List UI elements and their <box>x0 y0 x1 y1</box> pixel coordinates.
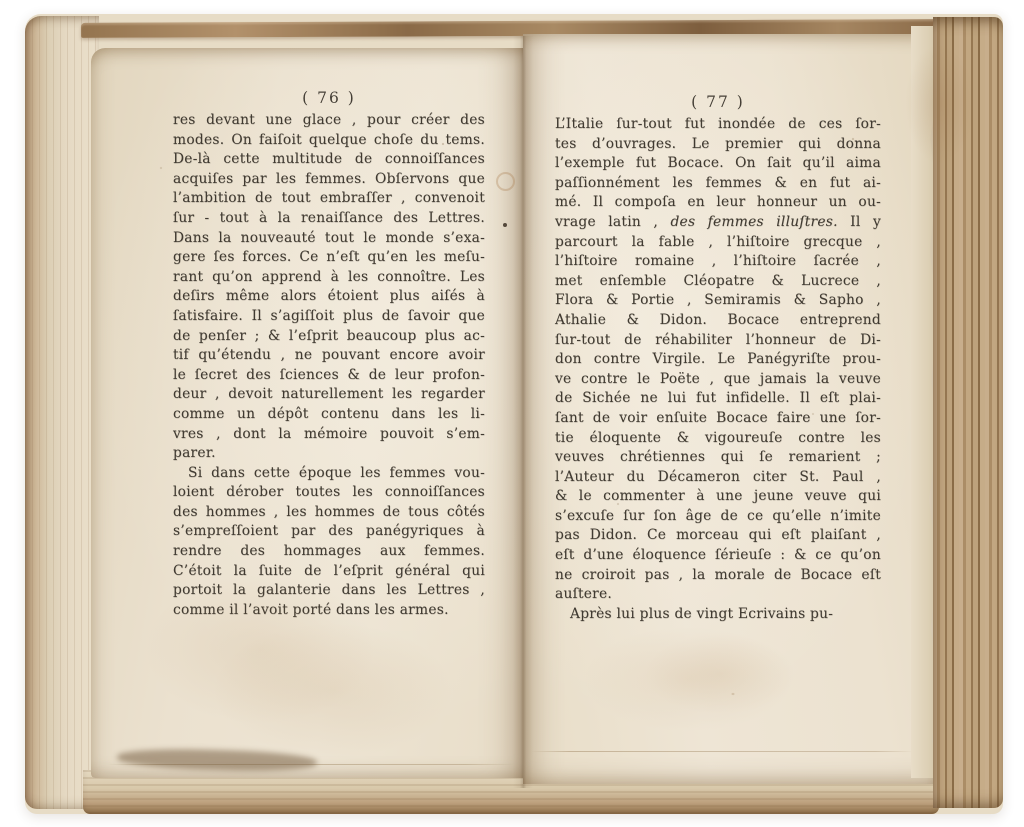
text-line: l’hiſtoire romaine , l’hiſtoire ſacrée , <box>555 252 881 272</box>
text-line: met enſemble Cléopatre & Lucrece , <box>555 272 881 292</box>
text-line: mé. Il compoſa en leur honneur un ou- <box>555 193 881 213</box>
text-segment: Il y <box>838 214 881 230</box>
paragraph: Après lui plus de vingt Ecrivains pu- <box>555 605 881 625</box>
text-segment: vrage latin , <box>555 214 670 230</box>
paragraph: Si dans cette époque les femmes vou-loie… <box>173 464 485 621</box>
text-line: comme il l’avoit porté dans les armes. <box>173 601 485 621</box>
text-line: ſur-tout de réhabiliter l’honneur de Di- <box>555 331 881 351</box>
text-line: l’ambition de tout embraſſer , convenoit <box>173 189 485 209</box>
text-line: deur , devoit naturellement les regarder <box>173 385 485 405</box>
text-line: de penſer ; & l’eſprit beaucoup plus ac- <box>173 327 485 347</box>
text-line: ne croiroit pas , la morale de Bocace eſ… <box>555 566 881 586</box>
text-line: De-là cette multitude de connoiſſances <box>173 150 485 170</box>
text-line: tes d’ouvrages. Le premier qui donna <box>555 135 881 155</box>
text-line: gere ſes forces. Ce n’eſt qu’en les meſu… <box>173 248 485 268</box>
text-line: pas Didon. Ce morceau qui eſt plaiſant , <box>555 526 881 546</box>
text-line: L’Italie ſur-tout fut inondée de ces ſor… <box>555 115 881 135</box>
text-line: comme un dépôt contenu dans les li- <box>173 405 485 425</box>
text-line: l’exemple fut Bocace. On ſait qu’il aima <box>555 154 881 174</box>
text-line: loient dérober toutes les connoiſſances <box>173 483 485 503</box>
text-line: tif qu’étendu , ne pouvant encore avoir <box>173 346 485 366</box>
right-page-text: L’Italie ſur-tout fut inondée de ces ſor… <box>555 115 881 624</box>
left-page: ( 76 ) res devant une glace , pour créer… <box>91 48 523 778</box>
text-line: & le commenter à une jeune veuve qui <box>555 487 881 507</box>
text-line: Flora & Portie , Semiramis & Sapho , <box>555 291 881 311</box>
text-line: deſirs même alors étoient plus aiſés à <box>173 287 485 307</box>
text-line: don contre Virgile. Le Panégyriſte prou- <box>555 350 881 370</box>
text-line: modes. On faiſoit quelque choſe du tems. <box>173 131 485 151</box>
text-line: s’excuſe ſur ſon âge de ce qu’elle n’imi… <box>555 507 881 527</box>
right-page-number: ( 77 ) <box>555 92 881 112</box>
text-line: s’empreſſoient par des panégyriques à <box>173 522 485 542</box>
text-line: l’Auteur du Décameron citer St. Paul , <box>555 468 881 488</box>
text-line: res devant une glace , pour créer des <box>173 111 485 131</box>
text-line: ſatisfaire. Il s’agiſſoit plus de ſavoir… <box>173 307 485 327</box>
text-line: Dans la nouveauté tout le monde s’exa- <box>173 229 485 249</box>
text-line: des hommes , les hommes de tous côtés <box>173 503 485 523</box>
text-line: vrage latin , des femmes illuſtres. Il y <box>555 213 881 233</box>
text-line: rendre des hommages aux femmes. <box>173 542 485 562</box>
text-line: parer. <box>173 444 485 464</box>
italic-phrase: des femmes illuſtres. <box>670 214 837 230</box>
left-page-edges <box>25 16 99 809</box>
text-line: parcourt la fable , l’hiſtoire grecque , <box>555 233 881 253</box>
text-line: rant qu’on apprend à les connoître. Les <box>173 268 485 288</box>
text-line: tie éloquente & vigoureuſe contre les <box>555 429 881 449</box>
text-line: Athalie & Didon. Bocace entreprend <box>555 311 881 331</box>
right-page: ( 77 ) L’Italie ſur-tout fut inondée de … <box>523 34 935 784</box>
text-line: veuves chrétiennes qui ſe remarient ; <box>555 448 881 468</box>
text-line: Si dans cette époque les femmes vou- <box>173 464 485 484</box>
text-line: eſt d’une éloquence ſérieuſe : & ce qu’o… <box>555 546 881 566</box>
left-page-text-column: ( 76 ) res devant une glace , pour créer… <box>173 88 485 620</box>
text-line: vres , dont la mémoire pouvoit s’em- <box>173 425 485 445</box>
text-line: de Sichée ne lui fut infidelle. Il eſt p… <box>555 389 881 409</box>
left-page-number: ( 76 ) <box>173 88 485 108</box>
open-book: ( 76 ) res devant une glace , pour créer… <box>25 14 1003 814</box>
right-page-edges <box>933 17 1003 808</box>
book-gutter <box>513 36 533 788</box>
text-line: le ſecret des ſciences & de leur profon- <box>173 366 485 386</box>
paragraph: res devant une glace , pour créer desmod… <box>173 111 485 464</box>
right-page-text-column: ( 77 ) L’Italie ſur-tout fut inondée de … <box>555 92 881 624</box>
text-line: ſur - tout à la renaiſſance des Lettres. <box>173 209 485 229</box>
paragraph: L’Italie ſur-tout fut inondée de ces ſor… <box>555 115 881 605</box>
text-line: C’étoit la ſuite de l’eſprit général qui <box>173 562 485 582</box>
text-line: portoit la galanterie dans les Lettres , <box>173 581 485 601</box>
text-line: auſtere. <box>555 585 881 605</box>
text-line: Après lui plus de vingt Ecrivains pu- <box>555 605 881 625</box>
text-line: ve contre le Poëte , que jamais la veuve <box>555 370 881 390</box>
text-line: acquiſes par les femmes. Obſervons que <box>173 170 485 190</box>
left-page-text: res devant une glace , pour créer desmod… <box>173 111 485 620</box>
text-line: ſant de voir enſuite Bocace faire une ſo… <box>555 409 881 429</box>
text-line: paſſionnément les femmes & en fut ai- <box>555 174 881 194</box>
